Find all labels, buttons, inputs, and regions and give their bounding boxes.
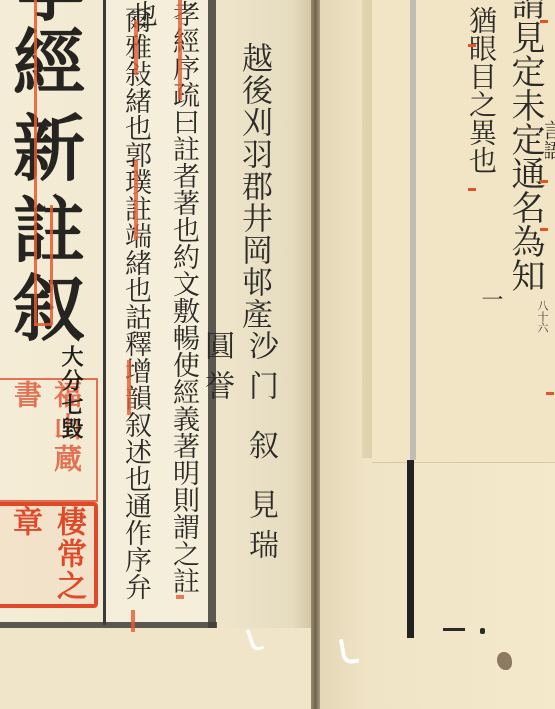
left-page-margin xyxy=(0,628,318,709)
commentary-column-right: 孝經序疏曰註者著也約文敷暢使經義著明則謂之註也 xyxy=(160,0,204,620)
red-reading-mark xyxy=(468,188,476,191)
title-char-2: 新 xyxy=(8,108,90,190)
red-reading-mark xyxy=(176,595,184,599)
book-gutter xyxy=(311,0,320,709)
edition-label: 大分七毀 xyxy=(56,345,86,441)
red-reading-mark xyxy=(546,392,554,395)
seal-lower: 棲常之章 xyxy=(0,502,98,608)
ink-mark xyxy=(443,628,465,631)
red-reading-mark xyxy=(178,0,182,100)
right-edge-column: 言語 xyxy=(545,120,555,590)
frame-bottom-border xyxy=(0,622,217,628)
title-red-line-foot xyxy=(34,323,52,326)
title-char-3: 註 xyxy=(8,190,90,272)
author-line: 沙门 叙 見瑞 圓誉 xyxy=(238,330,282,600)
red-reading-mark xyxy=(134,160,138,240)
right-note: 一 xyxy=(476,288,504,328)
ink-rule-line xyxy=(407,460,414,638)
title-char-4: 叙 xyxy=(8,268,90,350)
red-reading-mark xyxy=(540,20,548,23)
red-reading-mark xyxy=(127,360,131,415)
title-column: 孝 經 新 註 叙 xyxy=(0,0,100,340)
red-reading-mark xyxy=(540,180,548,183)
author-name: 見瑞 xyxy=(243,489,278,569)
title-red-line xyxy=(34,0,37,326)
title-red-line-2 xyxy=(50,205,53,325)
show-through-rule xyxy=(410,0,416,460)
red-reading-mark xyxy=(134,20,138,75)
book-spread: 孝 經 新 註 叙 福山蔵書 棲常之章 大分七毀 孝經序疏曰註者著也約文敷暢使經… xyxy=(0,0,555,709)
ink-mark xyxy=(480,628,485,634)
seal-lower-text: 棲常之章 xyxy=(2,506,90,604)
title-char-1: 經 xyxy=(8,22,90,104)
red-reading-mark xyxy=(131,610,135,632)
commentary-column-left: 爾雅敍緒也郭璞註端緒也詁釋增韻叙述也通作序弁 xyxy=(112,6,156,626)
author-title: 沙门 xyxy=(243,330,278,410)
frame-divider xyxy=(103,0,106,625)
frame-right-border xyxy=(208,0,216,628)
red-reading-mark xyxy=(540,228,548,231)
author-verb: 叙 xyxy=(243,430,278,470)
paper-stain xyxy=(497,652,512,670)
right-small-column: 猶眼目之異也 xyxy=(463,6,499,226)
red-reading-mark xyxy=(468,44,476,47)
author-alias: 圓誉 xyxy=(199,330,234,410)
